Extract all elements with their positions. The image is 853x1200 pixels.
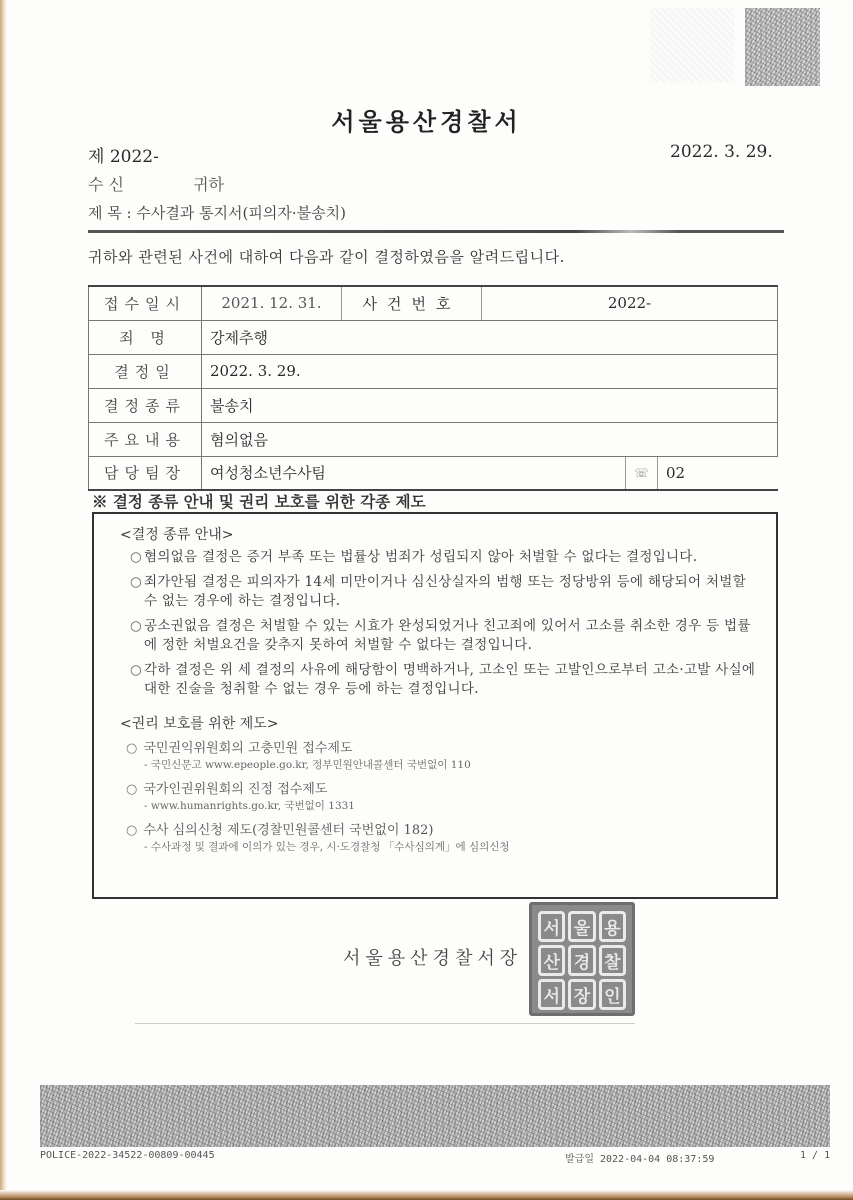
received-label: 접수일시 [89,286,202,320]
intro-text: 귀하와 관련된 사건에 대하여 다음과 같이 결정하였음을 알려드립니다. [88,246,565,267]
decision-date-value: 2022. 3. 29. [202,354,778,388]
faint-barcode [650,8,735,83]
decision-type-label: 결정종류 [89,388,202,422]
signature-text: 서울용산경찰서장 [343,944,522,970]
top-barcode [745,8,820,86]
official-seal-icon: 서 울 용 산 경 찰 서 장 인 [529,902,635,1016]
rights-item: ○수사 심의신청 제도(경찰민원콜센터 국번없이 182) [126,819,762,838]
decision-item: ○각하 결정은 위 세 결정의 사유에 해당함이 명백하거나, 고소인 또는 고… [108,661,762,699]
case-info-table: 접수일시 2021. 12. 31. 사건번호 2022- 죄 명 강제추행 결… [88,285,778,491]
table-row: 결정종류 불송치 [89,388,778,422]
notice-box: <결정 종류 안내> ○혐의없음 결정은 증거 부족 또는 법률상 범죄가 성립… [92,512,778,899]
rights-item: ○국민권익위원회의 고충민원 접수제도 [126,737,762,756]
bullet-icon: ○ [130,617,144,636]
table-row: 담당팀장 여성청소년수사팀 ☏ 02 [89,456,778,490]
document-number: 제 2022- [88,142,159,167]
table-row: 주요내용 혐의없음 [89,422,778,456]
paper-edge-bottom [0,1190,853,1200]
bullet-icon: ○ [130,661,144,680]
decision-item: ○공소권없음 결정은 처벌할 수 있는 시효가 완성되었거나 친고죄에 있어서 … [108,617,762,655]
charge-value: 강제추행 [202,320,778,354]
notice-heading: ※ 결정 종류 안내 및 권리 보호를 위한 각종 제도 [92,490,426,512]
footer-document-id: POLICE-2022-34522-00809-00445 [40,1150,215,1161]
rights-detail: - 국민신문고 www.epeople.go.kr, 정부민원안내콜센터 국번없… [144,757,762,772]
rights-detail: - www.humanrights.go.kr, 국번없이 1331 [144,798,762,813]
table-row: 접수일시 2021. 12. 31. 사건번호 2022- [89,286,778,320]
decision-item: ○혐의없음 결정은 증거 부족 또는 법률상 범죄가 성립되지 않아 처벌할 수… [108,548,762,567]
decision-type-value: 불송치 [202,388,778,422]
bullet-icon: ○ [130,573,144,592]
paper-edge-left [0,0,7,1200]
bullet-icon: ○ [130,548,144,567]
rights-heading: <권리 보호를 위한 제도> [120,713,762,733]
team-value: 여성청소년수사팀 [202,456,626,490]
bullet-icon: ○ [126,741,137,756]
phone-value: 02 [658,456,778,490]
signature-divider [135,1023,635,1024]
bullet-icon: ○ [126,782,137,797]
recipient-line: 수 신 귀하 [88,172,224,195]
rights-item: ○국가인권위원회의 진정 접수제도 [126,778,762,797]
recipient-honorific: 귀하 [193,175,224,194]
table-row: 죄 명 강제추행 [89,320,778,354]
charge-label: 죄 명 [89,320,202,354]
main-content-label: 주요내용 [89,422,202,456]
rights-detail: - 수사과정 및 결과에 이의가 있는 경우, 시·도경찰청 「수사심의계」에 … [144,839,762,854]
team-label: 담당팀장 [89,456,202,490]
table-row: 결정일 2022. 3. 29. [89,354,778,388]
recipient-label: 수 신 [88,175,124,194]
header-divider [88,230,784,233]
agency-title: 서울용산경찰서 [0,102,853,137]
received-value: 2021. 12. 31. [202,286,342,320]
case-number-value: 2022- [482,286,778,320]
main-content-value: 혐의없음 [202,422,778,456]
subject-line: 제 목 : 수사결과 통지서(피의자·불송치) [88,202,346,223]
document-date: 2022. 3. 29. [670,142,773,162]
phone-icon: ☏ [625,456,657,490]
decision-guide-heading: <결정 종류 안내> [120,524,762,544]
bottom-barcode [40,1085,830,1147]
bullet-icon: ○ [126,823,137,838]
case-number-label: 사건번호 [342,286,482,320]
decision-date-label: 결정일 [89,354,202,388]
footer-timestamp: 발급일 2022-04-04 08:37:59 [565,1150,714,1165]
footer-page-number: 1 / 1 [800,1150,830,1161]
decision-item: ○죄가안됨 결정은 피의자가 14세 미만이거나 심신상실자의 범행 또는 정당… [108,573,762,611]
